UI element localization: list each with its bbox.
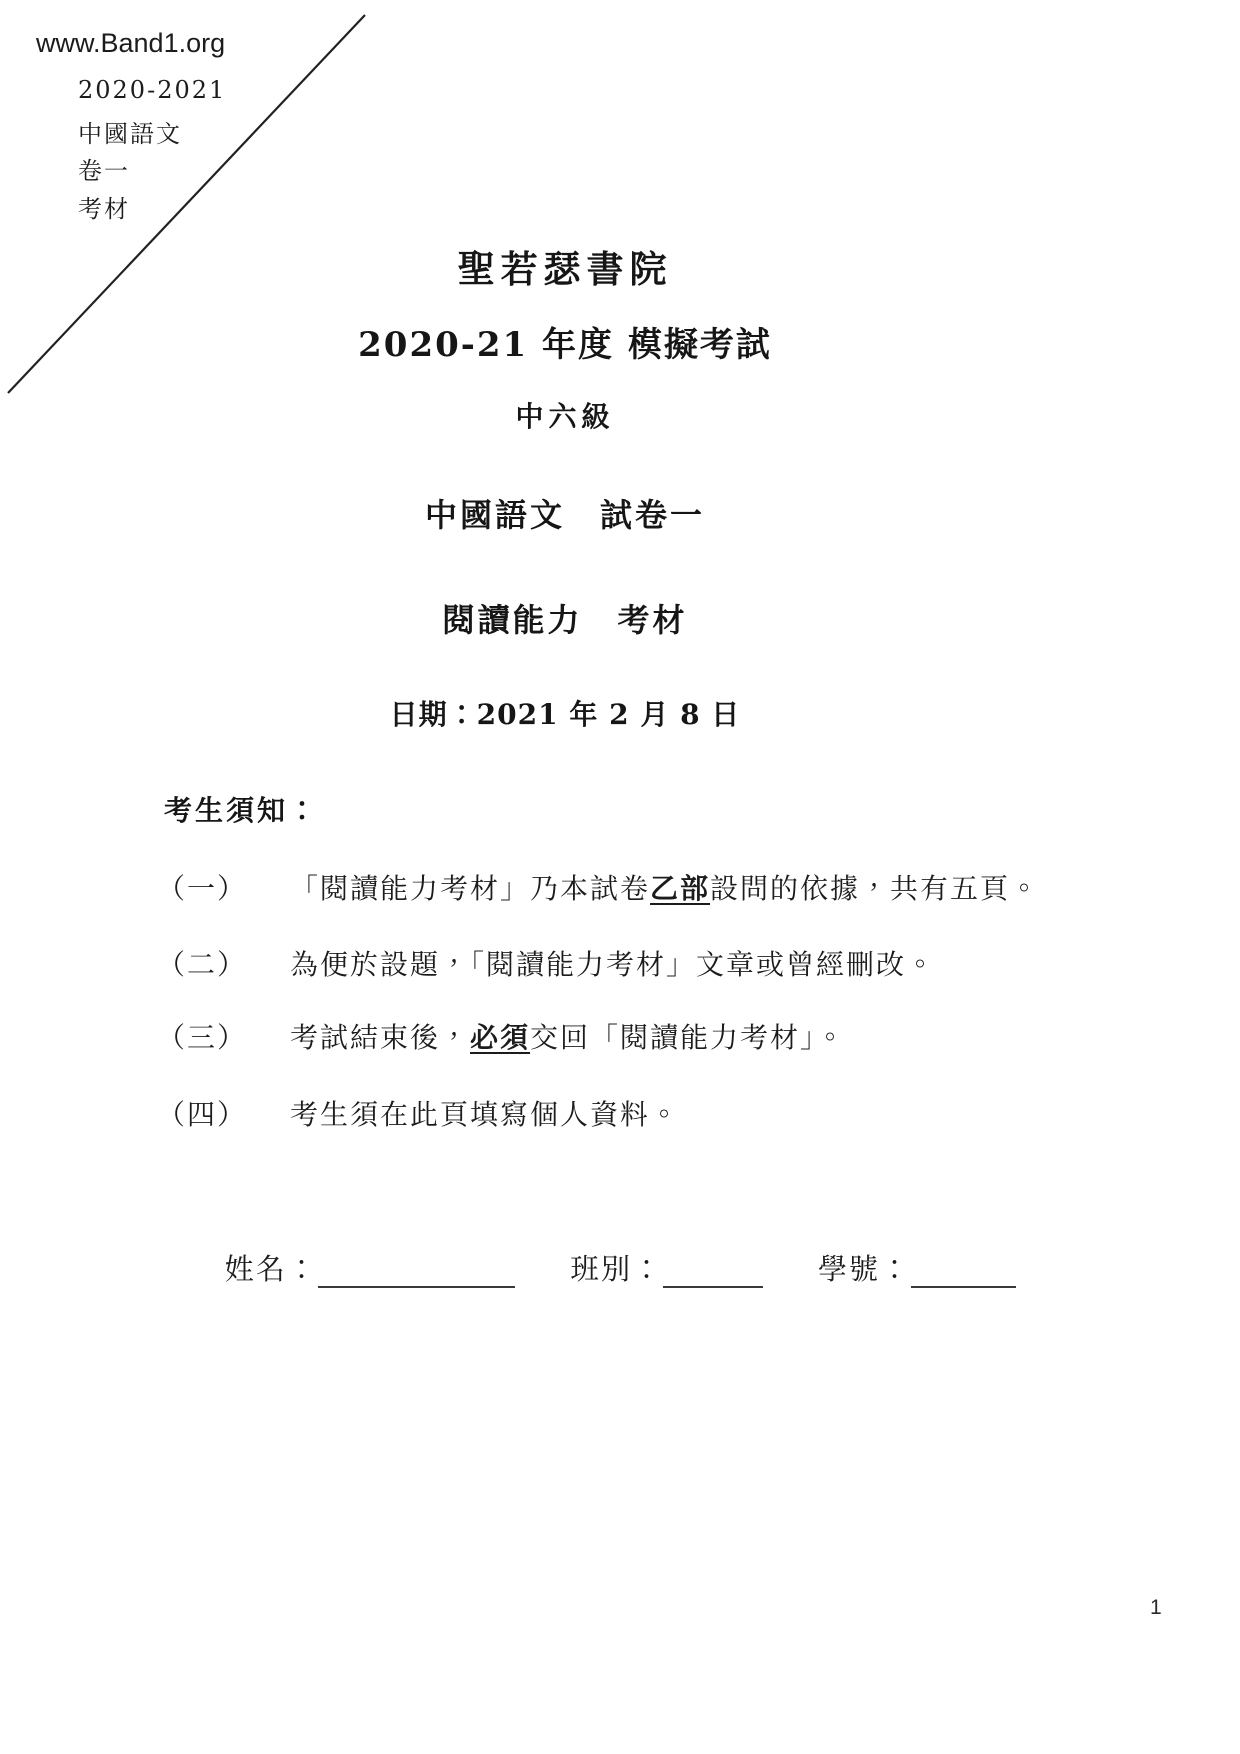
instruction-item-4: （四） 考生須在此頁填寫個人資料。 [157,1093,680,1133]
item-text: 為便於設題，「閱讀能力考材」文章或曾經刪改。 [290,943,936,983]
item-number: （一） [157,867,290,907]
exam-title: 2020-21 年度 模擬考試 [0,317,1130,366]
exam-cover-page: www.Band1.org 2020-2021 中國語文 卷一 考材 聖若瑟書院… [0,0,1240,1754]
exam-date: 日期：2021 年 2 月 8 日 [0,693,1130,733]
emphasized-text: 必須 [470,1021,530,1054]
student-number-label: 學號： [818,1247,911,1288]
paper-title: 中國語文 試卷一 [0,490,1130,536]
item-text: 考生須在此頁填寫個人資料。 [290,1093,680,1133]
item-number: （二） [157,943,290,983]
item-text: 「閱讀能力考材」乃本試卷乙部設問的依據，共有五頁。 [290,867,1040,907]
item-number: （三） [157,1016,290,1056]
class-label: 班別： [570,1247,663,1288]
item-number: （四） [157,1093,290,1133]
student-number-fill-line [911,1254,1016,1288]
section-title: 閱讀能力 考材 [0,595,1130,641]
name-fill-line [318,1254,515,1288]
instruction-item-3: （三） 考試結束後，必須交回「閱讀能力考材」。 [157,1016,846,1056]
class-fill-line [663,1254,763,1288]
instruction-item-1: （一） 「閱讀能力考材」乃本試卷乙部設問的依據，共有五頁。 [157,867,1040,907]
instructions-heading: 考生須知： [164,789,319,829]
item-text: 考試結束後，必須交回「閱讀能力考材」。 [290,1016,846,1056]
student-info-row: 姓名： 班別： 學號： [225,1247,1016,1288]
page-number: 1 [1150,1596,1162,1620]
name-label: 姓名： [225,1247,318,1288]
form-level: 中六級 [0,395,1130,435]
school-name: 聖若瑟書院 [0,239,1130,293]
emphasized-text: 乙部 [650,872,710,905]
instruction-item-2: （二） 為便於設題，「閱讀能力考材」文章或曾經刪改。 [157,943,936,983]
